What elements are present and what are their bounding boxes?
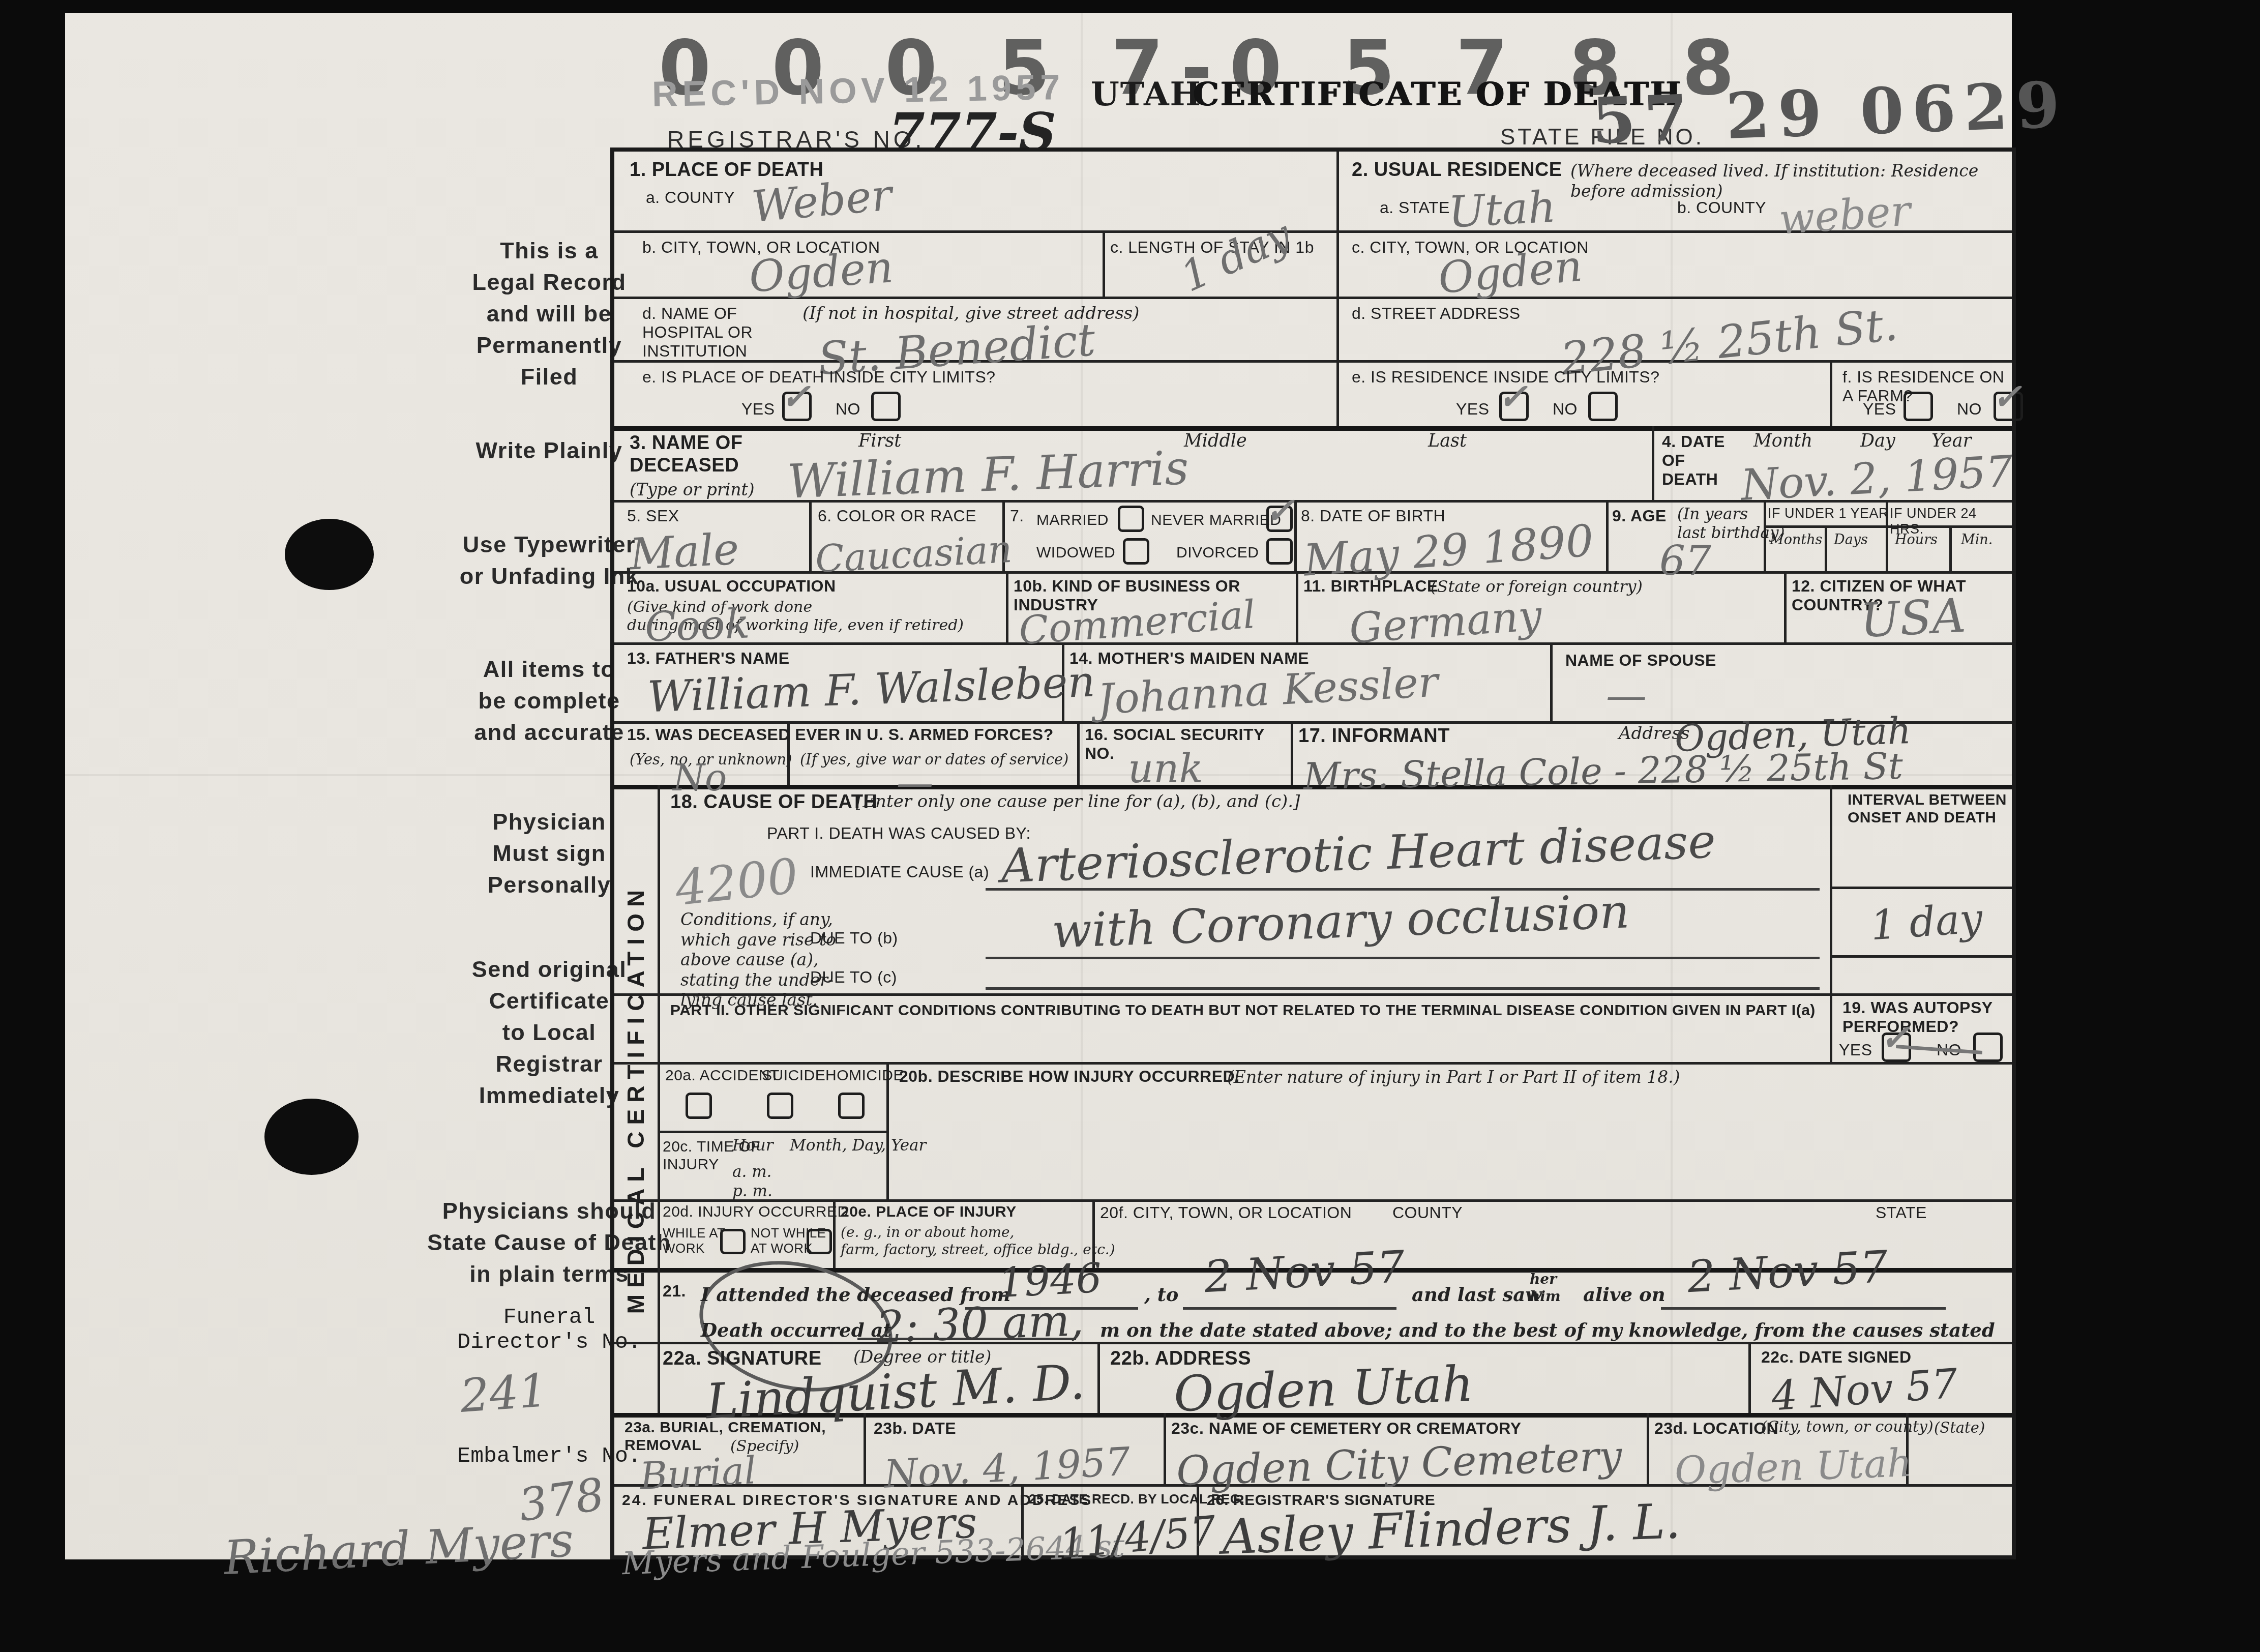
rule bbox=[658, 785, 660, 1413]
rule bbox=[658, 1131, 886, 1133]
cause-of-death-title: 18. CAUSE OF DEATH bbox=[670, 791, 877, 814]
describe-injury-label: 20b. DESCRIBE HOW INJURY OCCURRED. bbox=[899, 1067, 1240, 1086]
armed-forces-hint2: (If yes, give war or dates of service) bbox=[800, 751, 1068, 769]
marital-number: 7. bbox=[1010, 507, 1024, 525]
rule bbox=[1784, 571, 1787, 642]
residence-state-label: a. STATE bbox=[1380, 198, 1450, 217]
attended-to-rule bbox=[1183, 1307, 1396, 1310]
residence-city-value: Ogden bbox=[1437, 245, 1584, 300]
place-of-injury-hint: (e. g., in or about home, farm, factory,… bbox=[841, 1224, 1115, 1258]
cause-line-a-rule bbox=[986, 888, 1820, 891]
place-limits-no-checkbox bbox=[871, 392, 901, 421]
check-mark: ✓ bbox=[1265, 493, 1295, 528]
farm-yes-checkbox bbox=[1904, 392, 1933, 421]
rule bbox=[1652, 426, 1654, 500]
attended-number: 21. bbox=[663, 1282, 686, 1301]
citizen-value: USA bbox=[1859, 593, 1967, 645]
burial-state-hint: (State) bbox=[1934, 1419, 1985, 1437]
widowed-checkbox bbox=[1123, 538, 1149, 565]
rule bbox=[1006, 571, 1008, 642]
months-header: Months bbox=[1770, 532, 1822, 548]
autopsy-no-checkbox bbox=[1973, 1032, 2003, 1062]
residence-limits-no-label: NO bbox=[1553, 400, 1578, 419]
rule bbox=[1336, 152, 1339, 426]
her-him-text: her him bbox=[1530, 1271, 1561, 1305]
attended-alive-rule bbox=[1661, 1307, 1946, 1310]
rule bbox=[1830, 360, 1832, 426]
injury-county-header: COUNTY bbox=[1392, 1203, 1463, 1222]
days-header: Days bbox=[1834, 532, 1868, 548]
never-married-label: NEVER MARRIED bbox=[1151, 512, 1282, 529]
residence-limits-no-checkbox bbox=[1588, 392, 1618, 421]
due-to-b-label: DUE TO (b) bbox=[810, 929, 898, 948]
residence-county-label: b. COUNTY bbox=[1677, 198, 1766, 217]
death-occurred-rule bbox=[857, 1338, 1076, 1340]
attended-to-label: , to bbox=[1144, 1283, 1179, 1306]
certificate-form: MEDICAL CERTIFICATION 1. PL bbox=[610, 147, 2016, 1559]
last-name-header: Last bbox=[1428, 430, 1467, 452]
sex-value: Male bbox=[629, 527, 740, 576]
informant-value: Mrs. Stella Cole - 228 ½ 25th St bbox=[1303, 748, 1903, 795]
suicide-checkbox bbox=[767, 1093, 793, 1119]
residence-county-value: weber bbox=[1777, 190, 1912, 241]
residence-limits-yes-checkbox: ✓ bbox=[1499, 392, 1529, 421]
race-value: Caucasian bbox=[814, 530, 1013, 578]
burial-location-value: Ogden Utah bbox=[1674, 1443, 1913, 1490]
death-occurred-post-text: m on the date stated above; and to the b… bbox=[1100, 1319, 1995, 1341]
rule bbox=[1825, 525, 1827, 571]
attended-alive-value: 2 Nov 57 bbox=[1686, 1245, 1889, 1300]
cause-of-death-bracket: [Enter only one cause per line for (a), … bbox=[856, 791, 1300, 812]
injury-city-label: 20f. CITY, TOWN, OR LOCATION bbox=[1100, 1203, 1352, 1222]
immediate-cause-value-line2: with Coronary occlusion bbox=[1051, 888, 1630, 955]
father-name-value: William F. Walsleben bbox=[647, 660, 1096, 719]
street-address-label: d. STREET ADDRESS bbox=[1352, 304, 1521, 323]
hour-header: Hour bbox=[732, 1136, 773, 1155]
burial-date-label: 23b. DATE bbox=[874, 1419, 956, 1438]
rule bbox=[1830, 887, 2012, 889]
physician-signature-label: 22a. SIGNATURE bbox=[663, 1348, 821, 1370]
attended-to-value: 2 Nov 57 bbox=[1203, 1245, 1406, 1300]
part1-label: PART I. DEATH WAS CAUSED BY: bbox=[767, 824, 1031, 843]
death-date-title: 4. DATE OF DEATH bbox=[1662, 432, 1725, 488]
immediate-cause-label: IMMEDIATE CAUSE (a) bbox=[810, 863, 989, 881]
punch-hole bbox=[264, 1099, 359, 1175]
spouse-name-value: — bbox=[1606, 675, 1647, 716]
death-month-header: Month bbox=[1753, 430, 1812, 452]
rule bbox=[1164, 1413, 1166, 1484]
first-name-header: First bbox=[858, 430, 901, 452]
birthplace-value: Germany bbox=[1348, 595, 1543, 650]
pm-label: p. m. bbox=[732, 1182, 772, 1201]
injury-state-header: STATE bbox=[1876, 1203, 1927, 1222]
accident-checkbox bbox=[686, 1093, 712, 1119]
funeral-director-no-value: 241 bbox=[459, 1368, 549, 1420]
sex-label: 5. SEX bbox=[627, 507, 679, 525]
rule bbox=[1830, 955, 2012, 958]
length-of-stay-value: 1 day bbox=[1175, 214, 1297, 299]
check-mark: ✓ bbox=[1880, 1020, 1910, 1055]
cause-line-c-rule bbox=[986, 987, 1820, 990]
birth-date-label: 8. DATE OF BIRTH bbox=[1301, 507, 1445, 525]
race-label: 6. COLOR OR RACE bbox=[818, 507, 976, 525]
place-city-value: Ogden bbox=[748, 246, 895, 299]
rule bbox=[1606, 500, 1609, 571]
rule bbox=[1291, 721, 1293, 785]
spouse-name-label: NAME OF SPOUSE bbox=[1565, 651, 1716, 670]
never-married-checkbox: ✓ bbox=[1266, 506, 1293, 532]
hours-header: Hours bbox=[1895, 532, 1938, 548]
place-county-value: Weber bbox=[750, 173, 894, 229]
attended-alive-on-text: alive on bbox=[1583, 1283, 1666, 1306]
place-county-label: a. COUNTY bbox=[646, 188, 735, 207]
check-mark: ✓ bbox=[1498, 379, 1528, 415]
occupation-label: 10a. USUAL OCCUPATION bbox=[627, 577, 836, 596]
punch-hole bbox=[285, 519, 374, 590]
rule bbox=[1103, 230, 1105, 297]
conditions-note: Conditions, if any, which gave rise to a… bbox=[680, 909, 836, 1010]
place-limits-label: e. IS PLACE OF DEATH INSIDE CITY LIMITS? bbox=[642, 368, 996, 387]
attended-last-saw-text: and last saw bbox=[1412, 1283, 1541, 1306]
residence-state-value: Utah bbox=[1447, 186, 1557, 234]
while-at-work-label: WHILE AT WORK bbox=[663, 1226, 725, 1256]
deceased-name-value: William F. Harris bbox=[787, 445, 1190, 506]
rule bbox=[1550, 642, 1553, 721]
age-value: 67 bbox=[1659, 541, 1711, 581]
autopsy-label: 19. WAS AUTOPSY PERFORMED? bbox=[1842, 998, 1993, 1036]
burial-location-hint: (City, town, or county) bbox=[1761, 1418, 1934, 1436]
rule bbox=[1077, 721, 1080, 785]
physician-address-value: Ogden Utah bbox=[1173, 1360, 1474, 1419]
birthplace-label: 11. BIRTHPLACE bbox=[1303, 577, 1438, 596]
divorced-checkbox bbox=[1266, 538, 1293, 565]
if-under-1-year-header: IF UNDER 1 YEAR bbox=[1768, 506, 1889, 521]
interval-label: INTERVAL BETWEEN ONSET AND DEATH bbox=[1848, 791, 2007, 827]
residence-title: 2. USUAL RESIDENCE bbox=[1352, 159, 1562, 182]
min-header: Min. bbox=[1961, 532, 1993, 548]
interval-value: 1 day bbox=[1869, 898, 1983, 946]
farm-no-checkbox: ✓ bbox=[1994, 392, 2023, 421]
scanned-death-certificate: { "colors": {"paper": "#e9e6e0", "ink": … bbox=[0, 0, 2260, 1652]
deceased-name-title: 3. NAME OF DECEASED bbox=[630, 432, 742, 477]
rule bbox=[614, 1062, 2012, 1065]
cemetery-label: 23c. NAME OF CEMETERY OR CREMATORY bbox=[1171, 1419, 1522, 1438]
homicide-checkbox bbox=[838, 1093, 865, 1119]
while-at-work-checkbox bbox=[720, 1229, 746, 1254]
death-occurred-time-value: 2: 30 am, bbox=[876, 1299, 1085, 1349]
age-label: 9. AGE bbox=[1612, 507, 1667, 525]
cause-code-value: 4200 bbox=[673, 852, 800, 913]
mother-name-value: Johanna Kessler bbox=[1096, 662, 1439, 721]
describe-injury-hint: (Enter nature of injury in Part I or Par… bbox=[1227, 1067, 1680, 1087]
rule bbox=[1647, 1413, 1649, 1484]
farm-yes-label: YES bbox=[1863, 400, 1896, 419]
rule bbox=[1830, 785, 1832, 1062]
rule bbox=[614, 1199, 2012, 1202]
deceased-name-hint: (Type or print) bbox=[630, 480, 755, 500]
married-checkbox bbox=[1118, 506, 1144, 532]
residence-limits-yes-label: YES bbox=[1456, 400, 1490, 419]
homicide-label: HOMICIDE bbox=[825, 1067, 904, 1085]
check-mark: ✓ bbox=[781, 379, 811, 415]
cause-line-b-rule bbox=[986, 957, 1820, 959]
title-utah: UTAH bbox=[1091, 75, 1202, 113]
burial-value: Burial bbox=[639, 1452, 757, 1495]
month-day-year-header: Month, Day, Year bbox=[790, 1136, 926, 1155]
place-of-injury-label: 20e. PLACE OF INJURY bbox=[841, 1203, 1017, 1221]
divorced-label: DIVORCED bbox=[1176, 544, 1259, 562]
informant-label: 17. INFORMANT bbox=[1298, 725, 1450, 748]
father-name-label: 13. FATHER'S NAME bbox=[627, 649, 790, 668]
date-signed-label: 22c. DATE SIGNED bbox=[1761, 1348, 1911, 1367]
middle-name-header: Middle bbox=[1184, 430, 1247, 452]
widowed-label: WIDOWED bbox=[1036, 544, 1115, 562]
injury-occurred-label: 20d. INJURY OCCURRED bbox=[663, 1203, 849, 1221]
rule bbox=[1097, 1342, 1100, 1413]
suicide-label: SUICIDE bbox=[762, 1067, 825, 1085]
death-date-value: Nov. 2, 1957 bbox=[1740, 450, 2014, 507]
ssn-value: unk bbox=[1128, 749, 1203, 789]
armed-forces-value: No bbox=[673, 759, 727, 796]
farm-no-label: NO bbox=[1957, 400, 1982, 419]
check-mark: ✓ bbox=[1992, 379, 2022, 415]
immediate-cause-value-line1: Arteriosclerotic Heart disease bbox=[1000, 818, 1716, 890]
rule bbox=[614, 642, 2012, 645]
rule bbox=[864, 1413, 866, 1484]
am-label: a. m. bbox=[732, 1163, 771, 1182]
death-day-header: Day bbox=[1860, 430, 1895, 452]
registrar-signature-value: Asley Flinders J. L. bbox=[1222, 1497, 1681, 1561]
occupation-value: Cook bbox=[644, 603, 751, 647]
due-to-c-label: DUE TO (c) bbox=[810, 968, 897, 987]
date-received-value: 11/4/57 bbox=[1058, 1511, 1217, 1565]
cemetery-value: Ogden City Cemetery bbox=[1176, 1436, 1623, 1492]
place-limits-yes-label: YES bbox=[741, 400, 775, 419]
armed-forces-label: 15. WAS DECEASED EVER IN U. S. ARMED FOR… bbox=[627, 725, 1054, 744]
date-signed-value: 4 Nov 57 bbox=[1770, 1363, 1959, 1417]
burial-location-label: 23d. LOCATION bbox=[1654, 1419, 1778, 1438]
rule bbox=[809, 500, 812, 571]
mother-name-label: 14. MOTHER'S MAIDEN NAME bbox=[1069, 649, 1309, 668]
not-while-at-work-checkbox bbox=[807, 1229, 832, 1254]
place-limits-yes-checkbox: ✓ bbox=[782, 392, 812, 421]
rule bbox=[1748, 1342, 1751, 1413]
medical-certification-vertical-label: MEDICAL CERTIFICATION bbox=[622, 783, 649, 1414]
autopsy-yes-label: YES bbox=[1839, 1041, 1872, 1059]
part2-label: PART II. OTHER SIGNIFICANT CONDITIONS CO… bbox=[670, 1002, 1816, 1020]
hospital-label: d. NAME OF HOSPITAL OR INSTITUTION bbox=[642, 304, 753, 360]
place-limits-no-label: NO bbox=[836, 400, 860, 419]
married-label: MARRIED bbox=[1036, 512, 1109, 529]
